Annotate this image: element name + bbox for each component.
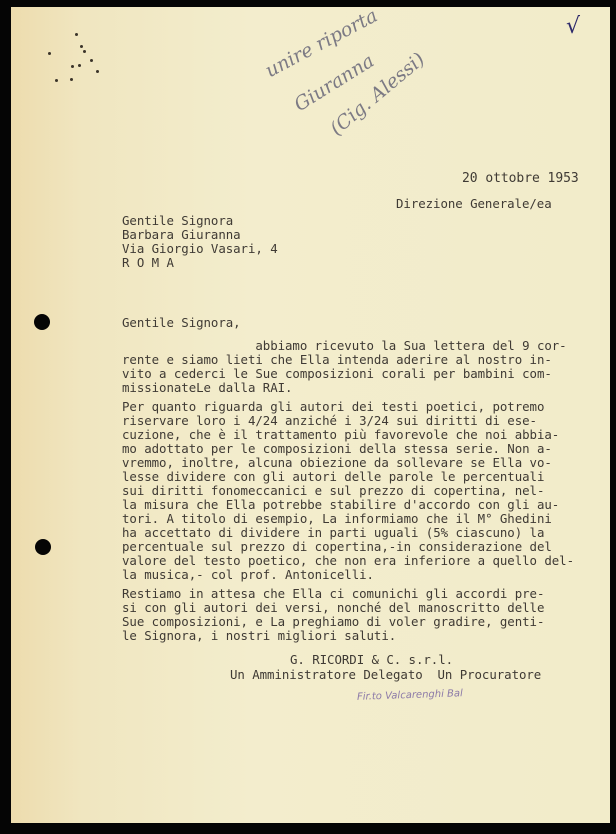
checkmark-icon: √ <box>566 14 580 39</box>
speck <box>78 64 81 67</box>
letter-department: Direzione Generale/ea <box>396 197 552 211</box>
text-line: la musica,- col prof. Antonicelli. <box>122 568 374 582</box>
text-line: missionateLe dalla RAI. <box>122 381 292 395</box>
speck <box>90 59 93 62</box>
signature-roles: Un Amministratore Delegato Un Procurator… <box>230 668 541 682</box>
recipient-line: R O M A <box>122 256 174 270</box>
speck <box>96 70 99 73</box>
signature-company: G. RICORDI & C. s.r.l. <box>290 653 453 667</box>
speck <box>55 79 58 82</box>
speck <box>80 45 83 48</box>
speck <box>75 33 78 36</box>
speck <box>70 78 73 81</box>
punch-hole-bottom <box>35 539 51 555</box>
letter-date: 20 ottobre 1953 <box>462 172 579 186</box>
speck <box>83 50 86 53</box>
punch-hole-top <box>34 314 50 330</box>
text-line: le Signora, i nostri migliori saluti. <box>122 629 396 643</box>
salutation: Gentile Signora, <box>122 316 241 330</box>
speck <box>48 52 51 55</box>
speck <box>71 65 74 68</box>
